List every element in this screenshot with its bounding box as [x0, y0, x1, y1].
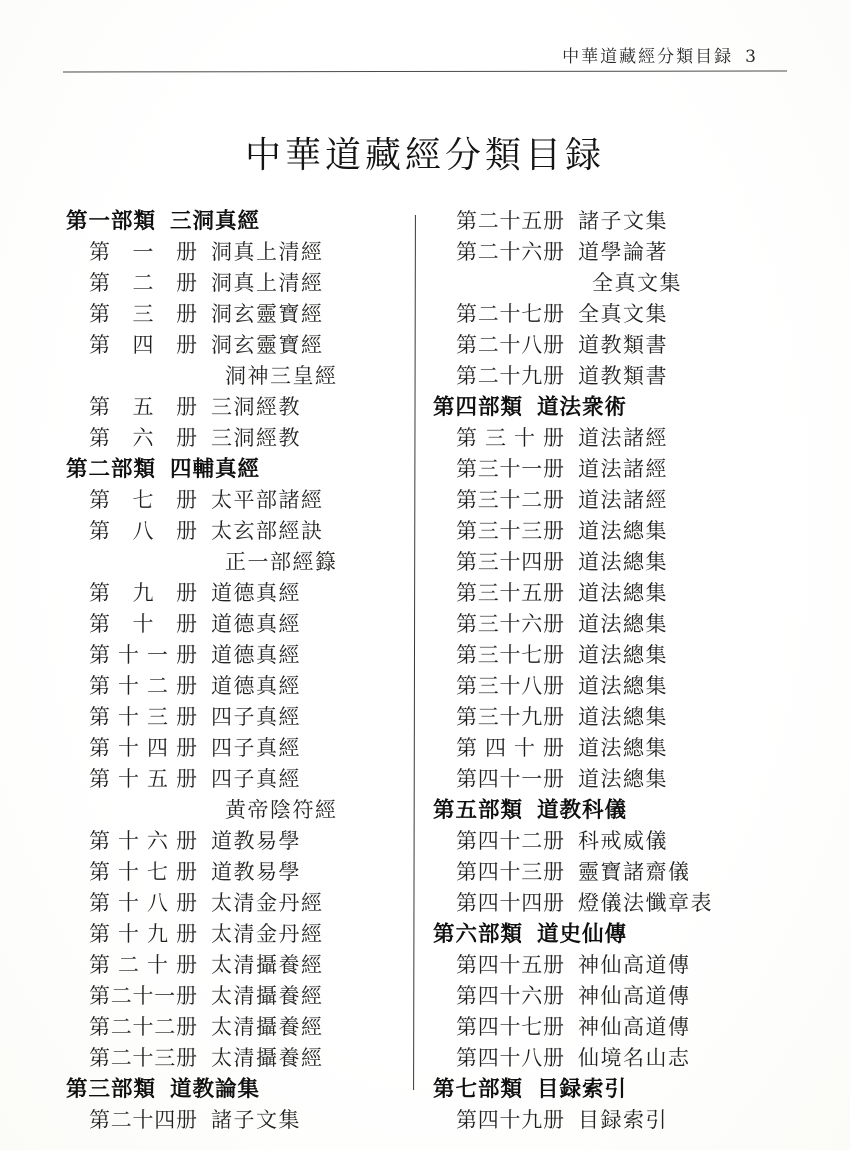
volume-label-char: 八	[521, 671, 542, 702]
toc-row-volume: 第十八册太清金丹經	[66, 888, 411, 919]
volume-label: 第十七册	[89, 857, 197, 888]
toc-row-volume: 第一册洞真上清經	[66, 237, 411, 268]
volume-label-char: 册	[176, 981, 197, 1012]
volume-label-char: 第	[456, 237, 477, 268]
toc-row-volume: 第十三册四子真經	[66, 702, 411, 733]
volume-label-char: 四	[478, 1043, 499, 1074]
volume-label-char: 十	[133, 1105, 154, 1136]
volume-label: 第八册	[89, 516, 197, 547]
toc-row-volume: 第二十八册道教類書	[433, 330, 793, 361]
volume-label-char: 四	[478, 1012, 499, 1043]
volume-label: 第四十二册	[456, 826, 564, 857]
volume-label-char: 五	[521, 578, 542, 609]
volume-label-char: 十	[118, 702, 139, 733]
volume-label-char: 八	[521, 1043, 542, 1074]
volume-label-char: 十	[500, 609, 521, 640]
volume-label-char: 三	[147, 702, 168, 733]
volume-label-char: 册	[543, 826, 564, 857]
volume-title: 科戒威儀	[578, 829, 668, 853]
volume-label-char: 册	[543, 206, 564, 237]
section-label: 第二部類	[66, 457, 156, 482]
volume-label: 第四十册	[456, 733, 564, 764]
volume-label-char: 十	[118, 888, 139, 919]
volume-label-char: 册	[543, 1105, 564, 1136]
volume-label-char: 册	[543, 671, 564, 702]
volume-label-char: 十	[500, 640, 521, 671]
volume-label-char: 第	[89, 826, 110, 857]
volume-label-char: 四	[147, 733, 168, 764]
volume-label-char: 四	[478, 1105, 499, 1136]
toc-row-volume: 第四十九册目録索引	[433, 1105, 793, 1136]
volume-label: 第二十七册	[456, 299, 564, 330]
volume-label-char: 十	[118, 640, 139, 671]
volume-label-char: 三	[478, 547, 499, 578]
volume-label-char: 册	[543, 361, 564, 392]
volume-label: 第十五册	[89, 764, 197, 795]
volume-label-char: 第	[89, 609, 110, 640]
volume-label-char: 一	[133, 237, 154, 268]
toc-row-volume: 第三册洞玄靈寶經	[66, 299, 411, 330]
volume-title: 洞玄靈寶經	[211, 333, 324, 357]
volume-label: 第四十六册	[456, 981, 564, 1012]
section-title: 道史仙傳	[537, 922, 627, 947]
volume-label-char: 第	[456, 702, 477, 733]
volume-label: 第三十九册	[456, 702, 564, 733]
toc-row-volume: 第三十七册道法總集	[433, 640, 793, 671]
section-label: 第一部類	[66, 209, 156, 234]
continuation-title: 全真文集	[592, 271, 682, 295]
toc-row-volume: 第四十八册仙境名山志	[433, 1043, 793, 1074]
toc-row-volume: 第三十九册道法總集	[433, 702, 793, 733]
volume-label-char: 十	[500, 1043, 521, 1074]
volume-label-char: 二	[478, 206, 499, 237]
volume-label-char: 册	[176, 857, 197, 888]
volume-label-char: 十	[133, 1012, 154, 1043]
volume-label: 第二十四册	[89, 1105, 197, 1136]
volume-label-char: 二	[478, 330, 499, 361]
volume-title: 仙境名山志	[578, 1046, 691, 1070]
section-label: 第四部類	[433, 395, 523, 420]
volume-label-char: 第	[89, 299, 110, 330]
volume-label-char: 十	[500, 1105, 521, 1136]
volume-label-char: 一	[521, 454, 542, 485]
volume-label-char: 一	[147, 640, 168, 671]
volume-label: 第二十九册	[456, 361, 564, 392]
toc-row-volume: 第十六册道教易學	[66, 826, 411, 857]
volume-label-char: 四	[521, 888, 542, 919]
continuation-title: 黄帝陰符經	[225, 798, 338, 822]
toc-row-volume: 第八册太玄部經訣	[66, 516, 411, 547]
volume-label: 第九册	[89, 578, 197, 609]
volume-title: 道學論著	[578, 240, 668, 264]
volume-title: 洞真上清經	[211, 240, 324, 264]
volume-label-char: 四	[478, 950, 499, 981]
volume-label-char: 册	[176, 671, 197, 702]
volume-label: 第二十八册	[456, 330, 564, 361]
volume-title: 目録索引	[578, 1108, 668, 1132]
volume-title: 道德真經	[211, 674, 301, 698]
volume-label: 第十一册	[89, 640, 197, 671]
toc-column-right: 第二十五册諸子文集第二十六册道學論著全真文集第二十七册全真文集第二十八册道教類書…	[433, 206, 793, 1136]
volume-label-char: 十	[118, 919, 139, 950]
volume-label: 第二十六册	[456, 237, 564, 268]
continuation-title: 洞神三皇經	[225, 364, 338, 388]
volume-label-char: 第	[89, 423, 110, 454]
volume-label: 第三十四册	[456, 547, 564, 578]
section-title: 目録索引	[537, 1077, 627, 1102]
volume-label-char: 一	[154, 981, 175, 1012]
volume-label: 第六册	[89, 423, 197, 454]
volume-label: 第十二册	[89, 671, 197, 702]
volume-label-char: 第	[456, 609, 477, 640]
volume-label-char: 十	[500, 950, 521, 981]
volume-label-char: 册	[176, 609, 197, 640]
volume-label-char: 四	[478, 888, 499, 919]
toc-row-volume: 第十一册道德真經	[66, 640, 411, 671]
volume-label-char: 二	[111, 1105, 132, 1136]
volume-label-char: 第	[456, 361, 477, 392]
volume-title: 神仙高道傳	[578, 953, 691, 977]
volume-label-char: 七	[521, 640, 542, 671]
volume-title: 太清金丹經	[211, 891, 324, 915]
toc-row-volume: 第二十五册諸子文集	[433, 206, 793, 237]
section-title: 道教論集	[170, 1077, 260, 1102]
volume-label-char: 册	[176, 423, 197, 454]
volume-label-char: 第	[456, 826, 477, 857]
volume-label-char: 第	[456, 1105, 477, 1136]
volume-label-char: 十	[500, 981, 521, 1012]
volume-label: 第二十二册	[89, 1012, 197, 1043]
volume-label-char: 四	[485, 733, 506, 764]
volume-label-char: 十	[118, 733, 139, 764]
section-label: 第五部類	[433, 798, 523, 823]
continuation-title: 正一部經籙	[225, 550, 338, 574]
toc-row-volume: 第十册道德真經	[66, 609, 411, 640]
volume-label-char: 第	[456, 516, 477, 547]
column-divider	[413, 215, 416, 1090]
volume-label-char: 四	[154, 1105, 175, 1136]
volume-label-char: 九	[133, 578, 154, 609]
volume-label-char: 二	[478, 361, 499, 392]
volume-label-char: 十	[500, 888, 521, 919]
volume-title: 神仙高道傳	[578, 1015, 691, 1039]
toc-row-volume: 第二十四册諸子文集	[66, 1105, 411, 1136]
volume-label-char: 册	[543, 516, 564, 547]
toc-row-continuation: 正一部經籙	[66, 547, 411, 578]
volume-label-char: 四	[521, 547, 542, 578]
toc-row-volume: 第二十六册道學論著	[433, 237, 793, 268]
toc-row-volume: 第六册三洞經教	[66, 423, 411, 454]
volume-title: 道教易學	[211, 860, 301, 884]
volume-label-char: 十	[500, 299, 521, 330]
volume-title: 太玄部經訣	[211, 519, 324, 543]
volume-label: 第七册	[89, 485, 197, 516]
volume-label: 第三十二册	[456, 485, 564, 516]
volume-label-char: 第	[456, 764, 477, 795]
volume-label-char: 册	[176, 392, 197, 423]
volume-label-char: 十	[500, 206, 521, 237]
volume-label-char: 六	[521, 237, 542, 268]
volume-title: 道法總集	[578, 550, 668, 574]
toc-row-volume: 第四十五册神仙高道傳	[433, 950, 793, 981]
toc-row-volume: 第二十三册太清攝養經	[66, 1043, 411, 1074]
volume-label: 第三十三册	[456, 516, 564, 547]
volume-title: 道德真經	[211, 612, 301, 636]
volume-label-char: 第	[89, 485, 110, 516]
volume-label-char: 三	[478, 702, 499, 733]
volume-label-char: 第	[456, 671, 477, 702]
toc-row-volume: 第三十二册道法諸經	[433, 485, 793, 516]
toc-row-volume: 第二册洞真上清經	[66, 268, 411, 299]
volume-label: 第二册	[89, 268, 197, 299]
volume-title: 道法總集	[578, 581, 668, 605]
volume-title: 道法總集	[578, 705, 668, 729]
volume-label-char: 册	[176, 1105, 197, 1136]
toc-row-volume: 第十七册道教易學	[66, 857, 411, 888]
volume-label: 第十六册	[89, 826, 197, 857]
volume-title: 四子真經	[211, 705, 301, 729]
toc-row-volume: 第四十册道法總集	[433, 733, 793, 764]
volume-label-char: 六	[147, 826, 168, 857]
volume-label-char: 册	[176, 733, 197, 764]
volume-label-char: 第	[89, 981, 110, 1012]
volume-label: 第三十五册	[456, 578, 564, 609]
section-label: 第六部類	[433, 922, 523, 947]
volume-label-char: 六	[521, 981, 542, 1012]
volume-label-char: 六	[133, 423, 154, 454]
volume-title: 三洞經教	[211, 426, 301, 450]
volume-label-char: 三	[478, 578, 499, 609]
page-title: 中華道藏經分類目録	[0, 127, 850, 178]
volume-title: 諸子文集	[578, 209, 668, 233]
volume-label-char: 第	[89, 733, 110, 764]
volume-label-char: 册	[176, 1043, 197, 1074]
volume-label-char: 十	[514, 423, 535, 454]
volume-label-char: 册	[176, 764, 197, 795]
volume-label-char: 十	[133, 1043, 154, 1074]
volume-label-char: 第	[456, 640, 477, 671]
volume-label-char: 十	[500, 237, 521, 268]
volume-label-char: 二	[111, 1012, 132, 1043]
volume-label: 第二十三册	[89, 1043, 197, 1074]
volume-label-char: 十	[118, 826, 139, 857]
volume-label-char: 十	[133, 609, 154, 640]
toc-row-volume: 第三十册道法諸經	[433, 423, 793, 454]
volume-label-char: 二	[521, 826, 542, 857]
toc-row-section: 第一部類三洞真經	[66, 206, 411, 237]
toc-row-section: 第六部類道史仙傳	[433, 919, 793, 950]
toc-row-volume: 第四十六册神仙高道傳	[433, 981, 793, 1012]
volume-title: 道德真經	[211, 643, 301, 667]
volume-label-char: 三	[478, 671, 499, 702]
volume-title: 燈儀法懺章表	[578, 891, 713, 915]
page-number: 3	[745, 47, 756, 67]
volume-title: 道教類書	[578, 333, 668, 357]
volume-label-char: 二	[133, 268, 154, 299]
toc-row-volume: 第四十七册神仙高道傳	[433, 1012, 793, 1043]
volume-label-char: 册	[176, 578, 197, 609]
volume-label-char: 册	[543, 547, 564, 578]
volume-label-char: 十	[500, 857, 521, 888]
running-header-title: 中華道藏經分類目録	[562, 47, 733, 67]
volume-label-char: 册	[543, 454, 564, 485]
toc-row-volume: 第四册洞玄靈寶經	[66, 330, 411, 361]
volume-title: 四子真經	[211, 767, 301, 791]
volume-label-char: 第	[456, 950, 477, 981]
volume-label-char: 册	[543, 733, 564, 764]
toc-row-volume: 第二十一册太清攝養經	[66, 981, 411, 1012]
toc-row-section: 第七部類目録索引	[433, 1074, 793, 1105]
volume-title: 太清金丹經	[211, 922, 324, 946]
volume-label: 第四册	[89, 330, 197, 361]
volume-label: 第二十五册	[456, 206, 564, 237]
volume-title: 道法諸經	[578, 426, 668, 450]
volume-label-char: 八	[521, 330, 542, 361]
volume-label-char: 册	[543, 950, 564, 981]
volume-label-char: 第	[89, 578, 110, 609]
volume-label-char: 七	[133, 485, 154, 516]
volume-title: 太清攝養經	[211, 953, 324, 977]
toc-row-section: 第五部類道教科儀	[433, 795, 793, 826]
volume-label-char: 第	[456, 888, 477, 919]
volume-label-char: 册	[176, 950, 197, 981]
toc-row-volume: 第七册太平部諸經	[66, 485, 411, 516]
toc-row-volume: 第九册道德真經	[66, 578, 411, 609]
volume-label-char: 六	[521, 609, 542, 640]
toc-row-volume: 第四十二册科戒威儀	[433, 826, 793, 857]
volume-label-char: 二	[118, 950, 139, 981]
volume-label-char: 三	[478, 609, 499, 640]
volume-label-char: 第	[456, 547, 477, 578]
volume-label-char: 十	[500, 671, 521, 702]
volume-label-char: 四	[478, 764, 499, 795]
volume-label: 第十三册	[89, 702, 197, 733]
volume-title: 道法總集	[578, 612, 668, 636]
volume-label-char: 十	[500, 826, 521, 857]
volume-label-char: 册	[543, 609, 564, 640]
volume-label: 第十四册	[89, 733, 197, 764]
toc-column-left: 第一部類三洞真經第一册洞真上清經第二册洞真上清經第三册洞玄靈寶經第四册洞玄靈寶經…	[66, 206, 411, 1136]
volume-title: 太清攝養經	[211, 1015, 324, 1039]
volume-label: 第五册	[89, 392, 197, 423]
volume-label-char: 第	[456, 299, 477, 330]
volume-label-char: 十	[133, 981, 154, 1012]
scanned-book-page: 中華道藏經分類目録3 中華道藏經分類目録 第一部類三洞真經第一册洞真上清經第二册…	[0, 0, 850, 1150]
volume-label-char: 三	[521, 857, 542, 888]
volume-label-char: 第	[89, 330, 110, 361]
volume-label: 第四十一册	[456, 764, 564, 795]
volume-label-char: 册	[543, 981, 564, 1012]
volume-label-char: 三	[478, 516, 499, 547]
volume-label: 第三册	[89, 299, 197, 330]
volume-label-char: 二	[147, 671, 168, 702]
volume-label-char: 第	[456, 981, 477, 1012]
volume-label-char: 五	[521, 206, 542, 237]
volume-label-char: 第	[456, 454, 477, 485]
volume-label-char: 第	[89, 392, 110, 423]
volume-label-char: 十	[118, 671, 139, 702]
volume-label: 第三十八册	[456, 671, 564, 702]
toc-row-volume: 第二十九册道教類書	[433, 361, 793, 392]
volume-label-char: 九	[147, 919, 168, 950]
volume-label: 第二十一册	[89, 981, 197, 1012]
toc-row-volume: 第三十一册道法諸經	[433, 454, 793, 485]
volume-label: 第四十三册	[456, 857, 564, 888]
volume-label-char: 册	[543, 764, 564, 795]
volume-label-char: 册	[543, 857, 564, 888]
volume-label: 第四十五册	[456, 950, 564, 981]
toc-row-section: 第二部類四輔真經	[66, 454, 411, 485]
section-title: 四輔真經	[170, 457, 260, 482]
volume-label-char: 三	[485, 423, 506, 454]
volume-title: 三洞經教	[211, 395, 301, 419]
volume-label-char: 五	[147, 764, 168, 795]
volume-label-char: 第	[456, 733, 477, 764]
volume-label-char: 第	[89, 888, 110, 919]
volume-title: 神仙高道傳	[578, 984, 691, 1008]
toc-row-continuation: 全真文集	[433, 268, 793, 299]
volume-title: 太平部諸經	[211, 488, 324, 512]
toc-row-volume: 第四十四册燈儀法懺章表	[433, 888, 793, 919]
volume-label-char: 四	[478, 826, 499, 857]
volume-label: 第四十九册	[456, 1105, 564, 1136]
volume-label: 第三十一册	[456, 454, 564, 485]
volume-title: 諸子文集	[211, 1108, 301, 1132]
volume-label-char: 第	[456, 423, 477, 454]
volume-label-char: 册	[176, 1012, 197, 1043]
volume-label-char: 十	[118, 857, 139, 888]
volume-label: 第三十册	[456, 423, 564, 454]
volume-label-char: 九	[521, 1105, 542, 1136]
volume-label-char: 册	[543, 485, 564, 516]
toc-row-section: 第四部類道法衆術	[433, 392, 793, 423]
toc-row-volume: 第十四册四子真經	[66, 733, 411, 764]
volume-label-char: 第	[89, 702, 110, 733]
volume-label: 第四十七册	[456, 1012, 564, 1043]
volume-label-char: 册	[176, 919, 197, 950]
volume-label-char: 十	[500, 485, 521, 516]
volume-label-char: 第	[89, 1012, 110, 1043]
volume-label: 第十册	[89, 609, 197, 640]
volume-title: 洞玄靈寶經	[211, 302, 324, 326]
volume-title: 道法總集	[578, 767, 668, 791]
toc-row-volume: 第四十一册道法總集	[433, 764, 793, 795]
volume-label-char: 册	[543, 1012, 564, 1043]
volume-label-char: 十	[500, 1012, 521, 1043]
volume-label-char: 十	[118, 764, 139, 795]
volume-label-char: 第	[456, 206, 477, 237]
volume-label-char: 第	[89, 1043, 110, 1074]
volume-label-char: 七	[521, 299, 542, 330]
volume-label-char: 十	[500, 547, 521, 578]
volume-label-char: 第	[456, 578, 477, 609]
volume-label-char: 第	[456, 1043, 477, 1074]
volume-label-char: 十	[500, 361, 521, 392]
volume-label-char: 第	[89, 516, 110, 547]
toc-row-volume: 第三十三册道法總集	[433, 516, 793, 547]
toc-row-volume: 第三十五册道法總集	[433, 578, 793, 609]
toc-row-volume: 第四十三册靈寶諸齋儀	[433, 857, 793, 888]
volume-label-char: 册	[176, 640, 197, 671]
volume-label-char: 三	[478, 640, 499, 671]
volume-title: 道法總集	[578, 643, 668, 667]
volume-label-char: 册	[176, 702, 197, 733]
volume-label-char: 册	[543, 1043, 564, 1074]
toc-row-volume: 第五册三洞經教	[66, 392, 411, 423]
volume-title: 靈寶諸齋儀	[578, 860, 691, 884]
volume-label-char: 十	[500, 454, 521, 485]
toc-row-volume: 第三十四册道法總集	[433, 547, 793, 578]
